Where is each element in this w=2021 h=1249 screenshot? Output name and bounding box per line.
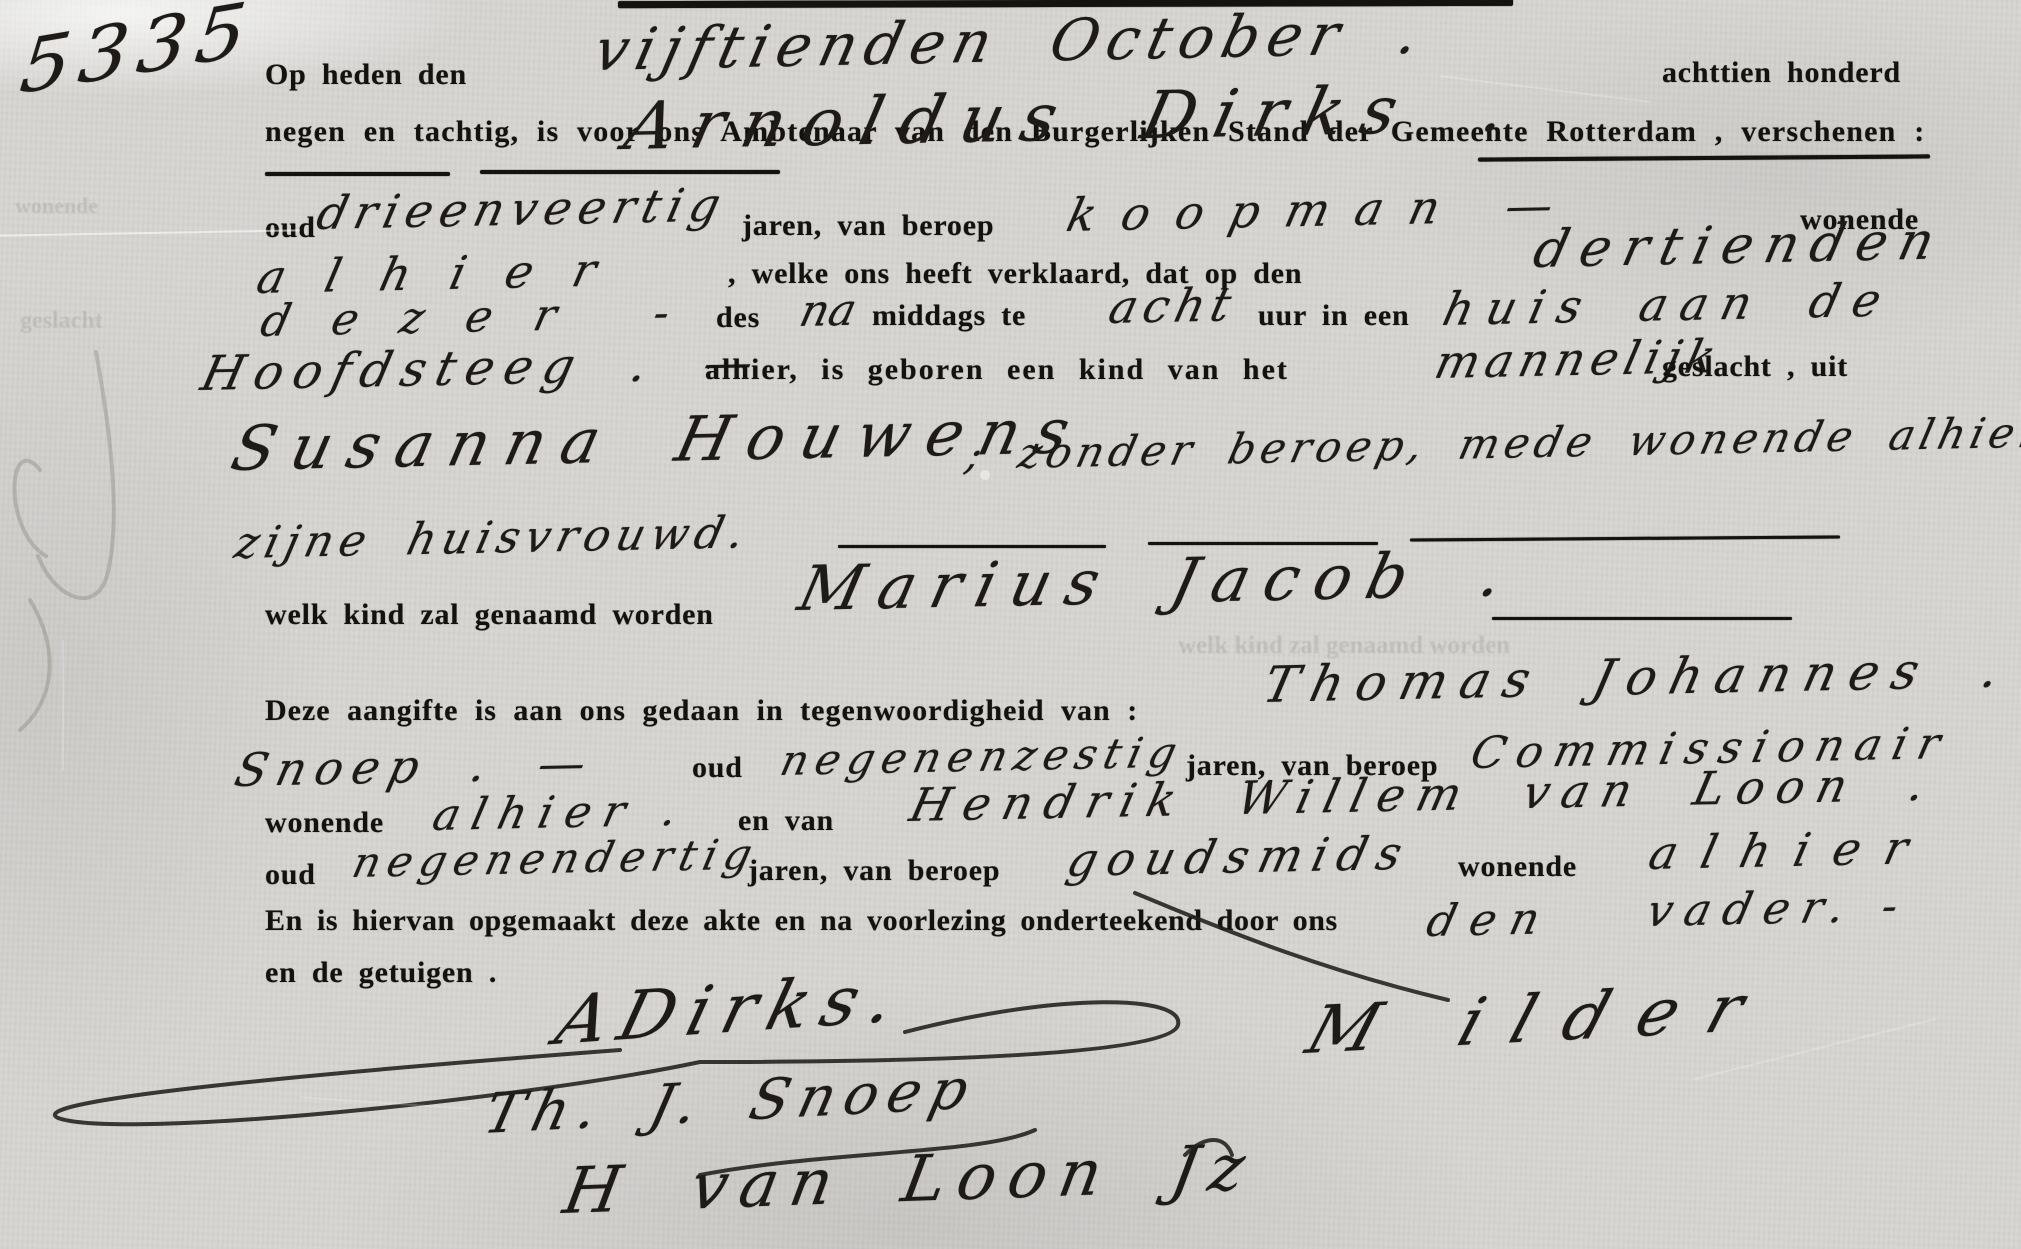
margin-ghost-flourish — [20, 600, 50, 730]
hand-witness2-age: negenendertig — [348, 830, 764, 887]
blank-field-rule — [1478, 154, 1930, 161]
printed-jaren-van-beroep: jaren, van beroep — [748, 854, 1000, 888]
hand-witness2-residence: alhier — [1644, 820, 1937, 880]
printed-des: des — [716, 301, 760, 335]
ghost-bleedthrough-text: wonende — [15, 193, 98, 219]
hand-declarant-name: Arnoldus Dirks . — [618, 69, 1532, 165]
printed-welk-kind: welk kind zal genaamd worden — [265, 598, 714, 632]
printed-alhier-geboren: alhier, is geboren een kind van het — [705, 353, 1289, 387]
scan-scratch — [62, 640, 64, 770]
signature-father: ADirks. — [548, 959, 915, 1061]
hand-child-name: Marius Jacob . — [792, 537, 1525, 625]
hand-date: vijftienden October . — [588, 0, 1434, 84]
hand-zijne-huisvrouw: zijne huisvrouwd. — [230, 507, 755, 569]
hand-den: den — [1422, 893, 1559, 947]
printed-oud: oud — [265, 858, 316, 892]
signature-witness1: Th. J. Snoep — [478, 1057, 984, 1147]
scan-scratch — [0, 229, 300, 236]
hand-mother-details: ; zonder beroep, mede wonende alhier , — [962, 407, 2021, 479]
blank-field-rule — [265, 172, 450, 176]
signature-witness2: H van Loon Jz — [558, 1131, 1262, 1229]
hand-vader: vader. - — [1642, 881, 1915, 937]
printed-oud: oud — [265, 211, 316, 245]
hand-birth-hour: acht — [1104, 277, 1242, 334]
hand-father-age: drieenveertig — [312, 178, 733, 240]
printed-jaren-van-beroep: jaren, van beroep — [742, 209, 994, 243]
printed-geslacht-uit: geslacht , uit — [1662, 350, 1848, 384]
ghost-bleedthrough-text: geslacht — [20, 308, 103, 335]
margin-ghost-flourish — [38, 352, 114, 598]
printed-en-de-getuigen: en de getuigen . — [265, 956, 497, 990]
printed-wonende: wonende — [1458, 850, 1577, 884]
hand-witness2-occupation: goudsmids — [1062, 826, 1417, 887]
hand-na: na — [795, 285, 861, 337]
hand-birth-day: dertienden — [1528, 211, 1952, 280]
act-number: 5335 — [16, 0, 259, 111]
scan-scratch — [300, 1096, 470, 1110]
printed-wonende: wonende — [265, 806, 384, 840]
printed-middags-te: middags te — [872, 299, 1026, 333]
printed-oud: oud — [692, 751, 743, 785]
blank-field-rule — [1492, 617, 1792, 620]
blank-field-rule — [480, 170, 780, 174]
hand-huis-aan-de: huis aan de — [1438, 273, 1900, 336]
margin-ghost-flourish — [15, 461, 47, 556]
printed-deze-aangifte: Deze aangifte is aan ons gedaan in tegen… — [265, 694, 1138, 728]
printed-en-is-hiervan: En is hiervan opgemaakt deze akte en na … — [265, 904, 1338, 938]
hand-father-occupation: koopman — — [1062, 177, 1585, 242]
birth-certificate-scan: 5335 Op heden den vijftienden October . … — [0, 0, 2021, 1249]
hand-street: Hoofdsteeg . — — [196, 334, 769, 402]
printed-uur-in-een: uur in een — [1258, 299, 1409, 333]
printed-achttien-honderd: achttien honderd — [1662, 56, 1901, 90]
hand-mother-name: Susanna Houwens — [225, 394, 1092, 485]
signature-official: M ilder — [1298, 968, 1784, 1069]
printed-op-heden-den: Op heden den — [265, 58, 467, 92]
